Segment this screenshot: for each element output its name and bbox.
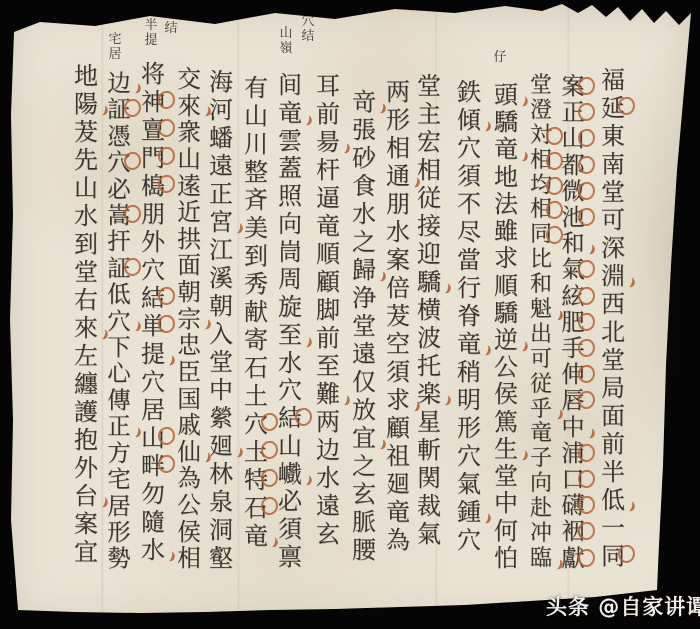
- glyph: 証: [102, 255, 136, 281]
- glyph: 交: [172, 66, 206, 93]
- text-column: 地陽茇先山水到堂右來左纏護抱外台案宜: [69, 62, 103, 566]
- glyph: 周: [273, 266, 307, 294]
- glyph: 近: [172, 199, 206, 226]
- glyph: 有: [239, 74, 273, 102]
- glyph: 壑: [204, 544, 238, 572]
- glyph: 案: [69, 510, 103, 538]
- glyph: 可: [524, 348, 558, 373]
- glyph: 玄: [347, 480, 381, 508]
- text-column: 堂主宏相従接迎驕横波托楽星斬関裁氣: [412, 72, 446, 548]
- glyph: 中: [556, 415, 590, 441]
- glyph: 護: [69, 398, 103, 426]
- glyph: 山: [239, 102, 273, 130]
- glyph: 従: [412, 184, 446, 212]
- glyph: 同: [596, 542, 630, 570]
- glyph: 水: [381, 218, 415, 246]
- glyph: 逼: [311, 184, 345, 212]
- glyph: 裀: [556, 519, 590, 545]
- glyph: 嵩: [102, 202, 136, 228]
- glyph: 星: [412, 408, 446, 436]
- margin-annotation: 穴结: [300, 14, 316, 44]
- glyph: 氣: [556, 257, 590, 283]
- text-column: 边証憑穴必嵩扞証低穴下心傳正方宅居形勢: [102, 70, 136, 572]
- margin-annotation: 山嶺: [278, 26, 294, 56]
- glyph: 怕: [489, 545, 523, 572]
- glyph: 下: [102, 334, 136, 360]
- glyph: 礴: [556, 493, 590, 519]
- glyph: 亶: [136, 116, 170, 144]
- glyph: 两: [311, 408, 345, 436]
- glyph: 食: [347, 172, 381, 200]
- glyph: 衆: [172, 119, 206, 146]
- glyph: 抱: [69, 426, 103, 454]
- glyph: 中: [489, 490, 523, 517]
- glyph: 献: [239, 298, 273, 326]
- glyph: 山: [273, 433, 307, 461]
- glyph: 地: [489, 164, 523, 191]
- glyph: 宮: [204, 208, 238, 236]
- glyph: 洞: [204, 516, 238, 544]
- glyph: 脚: [311, 296, 345, 324]
- glyph: 魁: [524, 298, 558, 323]
- glyph: 巇: [273, 461, 307, 489]
- glyph: 穴: [452, 442, 486, 470]
- glyph: 來: [69, 314, 103, 342]
- text-column: 间竜雲蓋照向峝周旋至水穴結山巇必須禀: [273, 72, 307, 572]
- glyph: 臨: [524, 547, 558, 572]
- glyph: 地: [69, 62, 103, 90]
- glyph: 低: [596, 486, 630, 514]
- glyph: 神: [136, 88, 170, 116]
- margin-annotation: 仔: [492, 50, 508, 65]
- glyph: 穴: [452, 134, 486, 162]
- glyph: 出: [524, 323, 558, 348]
- glyph: 外: [69, 454, 103, 482]
- glyph: 砂: [347, 144, 381, 172]
- glyph: 顧: [311, 268, 345, 296]
- glyph: 遠: [347, 340, 381, 368]
- glyph: 向: [273, 211, 307, 239]
- glyph: 圡: [239, 438, 273, 466]
- glyph: 台: [69, 482, 103, 510]
- glyph: 対: [524, 124, 558, 149]
- glyph: 相: [381, 134, 415, 162]
- watermark-text: 头条 @自家讲谭: [546, 595, 700, 619]
- text-column: 有山川整斉美到秀献寄石土穴圡特石竜: [239, 74, 273, 550]
- annotation-glyph: 宅: [107, 32, 123, 47]
- glyph: 雖: [489, 218, 523, 245]
- glyph: 之: [347, 452, 381, 480]
- glyph: 竜: [489, 136, 523, 163]
- glyph: 海: [204, 68, 238, 96]
- glyph: 脊: [452, 302, 486, 330]
- glyph: 忠: [172, 332, 206, 359]
- glyph: 絃: [556, 284, 590, 310]
- glyph: 陽: [69, 90, 103, 118]
- glyph: 門: [136, 144, 170, 172]
- glyph: 石: [239, 494, 273, 522]
- glyph: 伸: [556, 362, 590, 388]
- glyph: 穴: [239, 410, 273, 438]
- text-column: 两形相通朋水案倍茇空須求顧祖廻竜為: [381, 78, 415, 554]
- glyph: 山: [136, 424, 170, 452]
- glyph: 堂: [489, 463, 523, 490]
- glyph: 穴: [136, 368, 170, 396]
- glyph: 居: [136, 396, 170, 424]
- glyph: 特: [239, 466, 273, 494]
- glyph: 生: [489, 436, 523, 463]
- glyph: 雲: [273, 128, 307, 156]
- margin-annotation: 半提: [143, 18, 159, 48]
- glyph: 局: [596, 374, 630, 402]
- glyph: 茇: [381, 302, 415, 330]
- glyph: 之: [347, 228, 381, 256]
- glyph: 公: [172, 492, 206, 519]
- glyph: 拱: [172, 226, 206, 253]
- glyph: 扞: [102, 228, 136, 254]
- glyph: 稍: [452, 358, 486, 386]
- glyph: 形: [102, 519, 136, 545]
- glyph: 結: [136, 284, 170, 312]
- glyph: 逺: [172, 173, 206, 200]
- glyph: 杆: [311, 156, 345, 184]
- glyph: 提: [136, 340, 170, 368]
- glyph: 必: [102, 176, 136, 202]
- glyph: 同: [524, 223, 558, 248]
- glyph: 山: [69, 174, 103, 202]
- glyph: 尽: [452, 218, 486, 246]
- glyph: 浄: [347, 284, 381, 312]
- glyph: 勿: [136, 480, 170, 508]
- glyph: 形: [452, 414, 486, 442]
- glyph: 两: [381, 78, 415, 106]
- glyph: 脈: [347, 508, 381, 536]
- glyph: 泉: [204, 488, 238, 516]
- annotation-glyph: 山: [278, 26, 294, 41]
- glyph: 美: [239, 214, 273, 242]
- glyph: 竜: [381, 498, 415, 526]
- glyph: 心: [102, 360, 136, 386]
- glyph: 宜: [69, 538, 103, 566]
- glyph: 來: [172, 93, 206, 120]
- glyph: 驕: [489, 109, 523, 136]
- glyph: 仙: [172, 439, 206, 466]
- glyph: 正: [204, 180, 238, 208]
- glyph: 明: [452, 386, 486, 414]
- glyph: 歸: [347, 256, 381, 284]
- glyph: 竒: [347, 88, 381, 116]
- glyph: 驕: [412, 268, 446, 296]
- glyph: 正: [556, 100, 590, 126]
- glyph: 乎: [524, 398, 558, 423]
- glyph: 槝: [136, 172, 170, 200]
- text-column: 耳前昜杆逼竜順顧脚前至難两边水遠玄: [311, 72, 345, 548]
- text-column: 頭驕竜地法雖求順驕逆公侯篤生堂中何怕: [489, 82, 523, 572]
- glyph: 玄: [311, 520, 345, 548]
- glyph: 冲: [524, 522, 558, 547]
- glyph: 穴: [102, 308, 136, 334]
- margin-annotation: 宅居: [107, 32, 123, 62]
- glyph: 不: [452, 190, 486, 218]
- glyph: 耳: [311, 72, 345, 100]
- glyph: 仅: [347, 368, 381, 396]
- glyph: 顧: [381, 414, 415, 442]
- annotation-glyph: 半: [143, 18, 159, 33]
- glyph: 堂: [347, 312, 381, 340]
- glyph: 関: [412, 464, 446, 492]
- glyph: 堂: [596, 178, 630, 206]
- glyph: 旋: [273, 294, 307, 322]
- glyph: 案: [381, 246, 415, 274]
- glyph: 至: [311, 352, 345, 380]
- glyph: 穴: [136, 256, 170, 284]
- glyph: 結: [273, 405, 307, 433]
- glyph: 張: [347, 116, 381, 144]
- glyph: 穴: [102, 149, 136, 175]
- glyph: 形: [381, 106, 415, 134]
- annotation-glyph: 结: [300, 29, 316, 44]
- glyph: 边: [102, 70, 136, 96]
- glyph: 国: [172, 386, 206, 413]
- glyph: 堂: [596, 346, 630, 374]
- glyph: 廻: [381, 470, 415, 498]
- glyph: 福: [596, 66, 630, 94]
- glyph: 求: [489, 245, 523, 272]
- annotation-glyph: 穴: [300, 14, 316, 29]
- glyph: 茇: [69, 118, 103, 146]
- glyph: 浦: [556, 441, 590, 467]
- annotation-glyph: 居: [107, 47, 123, 62]
- glyph: 行: [452, 274, 486, 302]
- glyph: 氣: [412, 520, 446, 548]
- glyph: 边: [311, 436, 345, 464]
- glyph: 遠: [311, 492, 345, 520]
- glyph: 面: [596, 402, 630, 430]
- glyph: 竜: [239, 522, 273, 550]
- glyph: 土: [239, 382, 273, 410]
- photo-stage: 福延東南堂可深淵西北堂局面前半低一同案正山都微池和氣絃肥手伸唇中浦口礴裀獻堂澄対…: [0, 0, 700, 629]
- glyph: 相: [524, 198, 558, 223]
- glyph: 延: [596, 94, 630, 122]
- glyph: 相: [524, 149, 558, 174]
- glyph: 戚: [172, 412, 206, 439]
- glyph: 秀: [239, 270, 273, 298]
- glyph: 澄: [524, 99, 558, 124]
- glyph: 法: [489, 191, 523, 218]
- glyph: 水: [273, 350, 307, 378]
- glyph: 篤: [489, 409, 523, 436]
- glyph: 須: [452, 162, 486, 190]
- glyph: 比: [524, 248, 558, 273]
- glyph: 案: [556, 74, 590, 100]
- glyph: 水: [136, 536, 170, 564]
- glyph: 遠: [204, 152, 238, 180]
- glyph: 山: [172, 146, 206, 173]
- glyph: 前: [596, 430, 630, 458]
- glyph: 川: [239, 130, 273, 158]
- glyph: 林: [204, 460, 238, 488]
- glyph: 竜: [311, 212, 345, 240]
- glyph: 斉: [239, 186, 273, 214]
- glyph: 将: [136, 60, 170, 88]
- watermark: 头条 @自家讲谭: [546, 591, 700, 621]
- glyph: 隨: [136, 508, 170, 536]
- glyph: 朝: [204, 292, 238, 320]
- glyph: 南: [596, 150, 630, 178]
- glyph: 照: [273, 183, 307, 211]
- text-column: 将神亶門槝朋外穴結単提穴居山畔勿隨水: [136, 60, 170, 564]
- glyph: 可: [596, 206, 630, 234]
- glyph: 前: [311, 324, 345, 352]
- glyph: 向: [524, 472, 558, 497]
- glyph: 傾: [452, 106, 486, 134]
- glyph: 鉄: [452, 78, 486, 106]
- glyph: 正: [102, 413, 136, 439]
- text-column: 堂澄対相均相同比和魁出可従乎竜子向赴冲臨: [524, 74, 558, 572]
- glyph: 蟠: [204, 124, 238, 152]
- glyph: 淵: [596, 262, 630, 290]
- glyph: 西: [596, 290, 630, 318]
- margin-annotation: 穴结: [163, 6, 179, 36]
- glyph: 勢: [102, 545, 136, 571]
- glyph: 祖: [381, 442, 415, 470]
- glyph: 為: [381, 526, 415, 554]
- glyph: 畔: [136, 452, 170, 480]
- glyph: 順: [311, 240, 345, 268]
- glyph: 北: [596, 318, 630, 346]
- glyph: 堂: [69, 258, 103, 286]
- glyph: 一: [596, 514, 630, 542]
- glyph: 峝: [273, 239, 307, 267]
- glyph: 穴: [452, 526, 486, 554]
- glyph: 逆: [489, 327, 523, 354]
- glyph: 中: [204, 376, 238, 404]
- glyph: 禀: [273, 544, 307, 572]
- annotation-glyph: 穴: [163, 6, 179, 21]
- annotation-glyph: 嶺: [278, 41, 294, 56]
- glyph: 倍: [381, 274, 415, 302]
- glyph: 臣: [172, 359, 206, 386]
- glyph: 外: [136, 228, 170, 256]
- glyph: 均: [524, 174, 558, 199]
- glyph: 纏: [69, 370, 103, 398]
- glyph: 宗: [172, 306, 206, 333]
- glyph: 裁: [412, 492, 446, 520]
- glyph: 空: [381, 330, 415, 358]
- glyph: 方: [102, 440, 136, 466]
- glyph: 面: [172, 252, 206, 279]
- glyph: 何: [489, 518, 523, 545]
- glyph: 右: [69, 286, 103, 314]
- glyph: 横: [412, 296, 446, 324]
- glyph: 到: [239, 242, 273, 270]
- glyph: 整: [239, 158, 273, 186]
- glyph: 宜: [347, 424, 381, 452]
- glyph: 先: [69, 146, 103, 174]
- glyph: 朋: [381, 190, 415, 218]
- glyph: 间: [273, 72, 307, 100]
- glyph: 難: [311, 380, 345, 408]
- glyph: 水: [311, 464, 345, 492]
- glyph: 深: [596, 234, 630, 262]
- glyph: 朝: [172, 279, 206, 306]
- glyph: 頭: [489, 82, 523, 109]
- glyph: 至: [273, 322, 307, 350]
- glyph: 堂: [412, 72, 446, 100]
- glyph: 求: [381, 386, 415, 414]
- glyph: 傳: [102, 387, 136, 413]
- glyph: 東: [596, 122, 630, 150]
- glyph: 縈: [204, 404, 238, 432]
- glyph: 主: [412, 100, 446, 128]
- glyph: 須: [381, 358, 415, 386]
- manuscript-paper: 福延東南堂可深淵西北堂局面前半低一同案正山都微池和氣絃肥手伸唇中浦口礴裀獻堂澄対…: [0, 0, 700, 629]
- text-column: 交來衆山逺近拱面朝宗忠臣国戚仙為公侯相: [172, 66, 206, 572]
- glyph: 相: [172, 545, 206, 572]
- glyph: 居: [102, 493, 136, 519]
- glyph: 憑: [102, 123, 136, 149]
- glyph: 迎: [412, 240, 446, 268]
- glyph: 托: [412, 352, 446, 380]
- glyph: 為: [172, 465, 206, 492]
- glyph: 斬: [412, 436, 446, 464]
- glyph: 前: [311, 100, 345, 128]
- glyph: 左: [69, 342, 103, 370]
- glyph: 昜: [311, 128, 345, 156]
- glyph: 侯: [172, 519, 206, 546]
- glyph: 水: [69, 202, 103, 230]
- glyph: 和: [524, 273, 558, 298]
- glyph: 低: [102, 281, 136, 307]
- glyph: 須: [273, 516, 307, 544]
- glyph: 驕: [489, 300, 523, 327]
- glyph: 江: [204, 236, 238, 264]
- glyph: 溪: [204, 264, 238, 292]
- text-column: 竒張砂食水之歸浄堂遠仅放宜之玄脈腰: [347, 88, 381, 564]
- glyph: 竜: [524, 422, 558, 447]
- glyph: 石: [239, 354, 273, 382]
- glyph: 到: [69, 230, 103, 258]
- glyph: 従: [524, 373, 558, 398]
- glyph: 半: [596, 458, 630, 486]
- glyph: 堂: [524, 74, 558, 99]
- glyph: 宅: [102, 466, 136, 492]
- text-column: 福延東南堂可深淵西北堂局面前半低一同: [596, 66, 630, 570]
- glyph: 順: [489, 273, 523, 300]
- annotation-glyph: 结: [163, 21, 179, 36]
- glyph: 蓋: [273, 155, 307, 183]
- glyph: 接: [412, 212, 446, 240]
- text-column: 案正山都微池和氣絃肥手伸唇中浦口礴裀獻: [556, 74, 590, 572]
- glyph: 當: [452, 246, 486, 274]
- glyph: 竜: [452, 330, 486, 358]
- annotation-glyph: 提: [143, 33, 159, 48]
- glyph: 穴: [273, 377, 307, 405]
- glyph: 堂: [204, 348, 238, 376]
- glyph: 手: [556, 336, 590, 362]
- glyph: 宏: [412, 128, 446, 156]
- glyph: 竜: [273, 100, 307, 128]
- glyph: 子: [524, 447, 558, 472]
- glyph: 侯: [489, 381, 523, 408]
- glyph: 氣: [452, 470, 486, 498]
- glyph: 寄: [239, 326, 273, 354]
- text-column: 鉄傾穴須不尽當行脊竜稍明形穴氣鍾穴: [452, 78, 486, 554]
- glyph: 通: [381, 162, 415, 190]
- glyph: 公: [489, 354, 523, 381]
- glyph: 腰: [347, 536, 381, 564]
- glyph: 水: [347, 200, 381, 228]
